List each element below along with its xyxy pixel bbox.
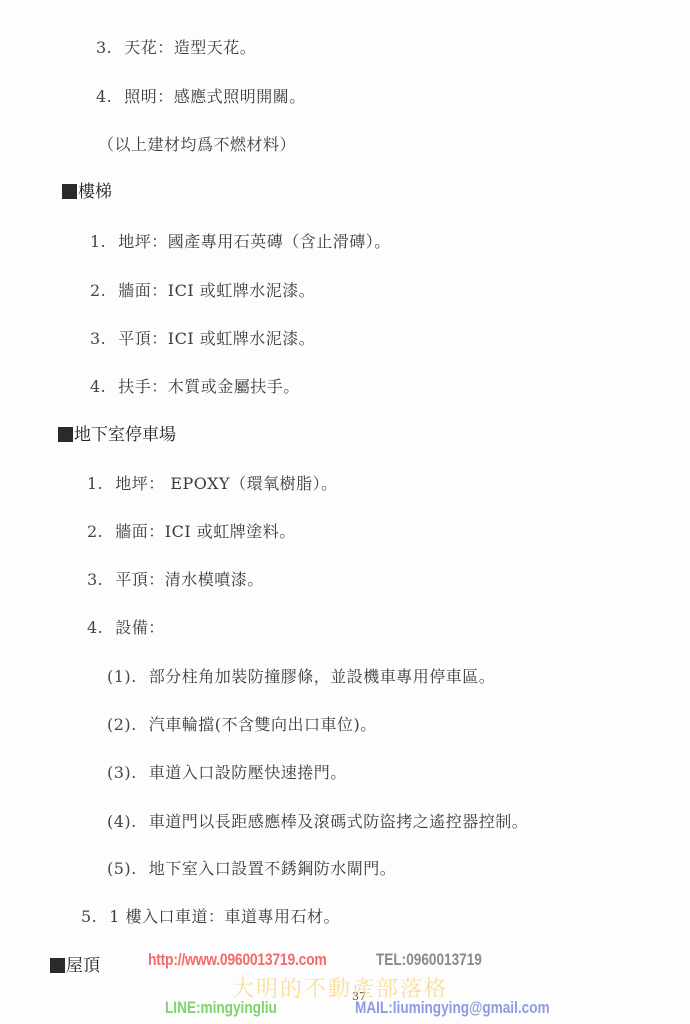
list-item: 2.牆面：ICI 或虹牌水泥漆。 — [90, 281, 315, 301]
item-number: 2. — [87, 522, 103, 542]
watermark-line-id: LINE:mingyingliu — [165, 998, 277, 1018]
item-number: 3. — [96, 38, 112, 58]
item-number: (4). — [107, 812, 137, 832]
square-bullet-icon — [58, 427, 73, 442]
section-title: 屋頂 — [66, 956, 100, 976]
section-heading-basement-parking: 地下室停車場 — [58, 424, 176, 446]
list-item: 2.牆面：ICI 或虹牌塗料。 — [87, 522, 296, 542]
list-item: 1.地坪：國產專用石英磚（含止滑磚）。 — [90, 232, 391, 252]
list-item: 3.平頂：清水模噴漆。 — [87, 570, 264, 590]
watermark-url: http://www.0960013719.com — [148, 950, 327, 970]
list-item: 4.設備： — [87, 618, 165, 638]
item-text: 天花：造型天花。 — [124, 38, 256, 57]
item-number: 4. — [87, 618, 103, 638]
section-heading-roof: 屋頂 — [50, 955, 100, 977]
item-text: 1 樓入口車道：車道專用石材。 — [109, 907, 340, 926]
item-text: 扶手：木質或金屬扶手。 — [118, 377, 300, 396]
list-item: 3.天花：造型天花。 — [96, 38, 256, 58]
sub-list-item: (4).車道門以長距感應棒及滾碼式防盜拷之遙控器控制。 — [107, 812, 528, 832]
sub-list-item: (3).車道入口設防壓快速捲門。 — [107, 763, 347, 783]
item-number: 3. — [90, 329, 106, 349]
item-text: 照明：感應式照明開關。 — [124, 87, 306, 106]
sub-list-item: (2).汽車輪擋(不含雙向出口車位)。 — [107, 715, 377, 735]
item-number: 2. — [90, 281, 106, 301]
list-item: 1.地坪： EPOXY（環氧樹脂）。 — [87, 474, 338, 494]
item-text: 汽車輪擋(不含雙向出口車位)。 — [149, 715, 377, 734]
item-text: 牆面：ICI 或虹牌塗料。 — [115, 522, 295, 541]
item-number: 5. — [81, 907, 97, 927]
section-heading-stairs: 樓梯 — [62, 181, 112, 203]
list-item: 5.1 樓入口車道：車道專用石材。 — [81, 907, 340, 927]
item-text: 設備： — [115, 618, 165, 637]
item-text: 車道門以長距感應棒及滾碼式防盜拷之遙控器控制。 — [149, 812, 529, 831]
item-text: 平頂：ICI 或虹牌水泥漆。 — [118, 329, 315, 348]
sub-list-item: (5).地下室入口設置不銹鋼防水閘門。 — [107, 859, 396, 879]
watermark-email: MAIL:liumingying@gmail.com — [355, 998, 550, 1018]
item-number: 4. — [90, 377, 106, 397]
item-text: 地坪： EPOXY（環氧樹脂）。 — [115, 474, 337, 493]
item-text: 地下室入口設置不銹鋼防水閘門。 — [149, 859, 397, 878]
item-number: 1. — [90, 232, 106, 252]
list-item: 4.扶手：木質或金屬扶手。 — [90, 377, 300, 397]
materials-note: （以上建材均爲不燃材料） — [98, 135, 296, 155]
item-number: 3. — [87, 570, 103, 590]
item-number: 1. — [87, 474, 103, 494]
item-text: 地坪：國產專用石英磚（含止滑磚）。 — [118, 232, 391, 251]
square-bullet-icon — [50, 958, 65, 973]
sub-list-item: (1).部分柱角加裝防撞膠條，並設機車專用停車區。 — [107, 667, 495, 687]
list-item: 4.照明：感應式照明開關。 — [96, 87, 306, 107]
section-title: 地下室停車場 — [74, 425, 176, 445]
item-number: (1). — [107, 667, 137, 687]
item-number: (2). — [107, 715, 137, 735]
item-number: (3). — [107, 763, 137, 783]
item-number: (5). — [107, 859, 137, 879]
item-text: 車道入口設防壓快速捲門。 — [149, 763, 347, 782]
item-number: 4. — [96, 87, 112, 107]
item-text: 牆面：ICI 或虹牌水泥漆。 — [118, 281, 315, 300]
watermark-tel: TEL:0960013719 — [376, 950, 482, 970]
item-text: 部分柱角加裝防撞膠條，並設機車專用停車區。 — [149, 667, 496, 686]
square-bullet-icon — [62, 184, 77, 199]
list-item: 3.平頂：ICI 或虹牌水泥漆。 — [90, 329, 315, 349]
item-text: 平頂：清水模噴漆。 — [115, 570, 264, 589]
section-title: 樓梯 — [78, 182, 112, 202]
